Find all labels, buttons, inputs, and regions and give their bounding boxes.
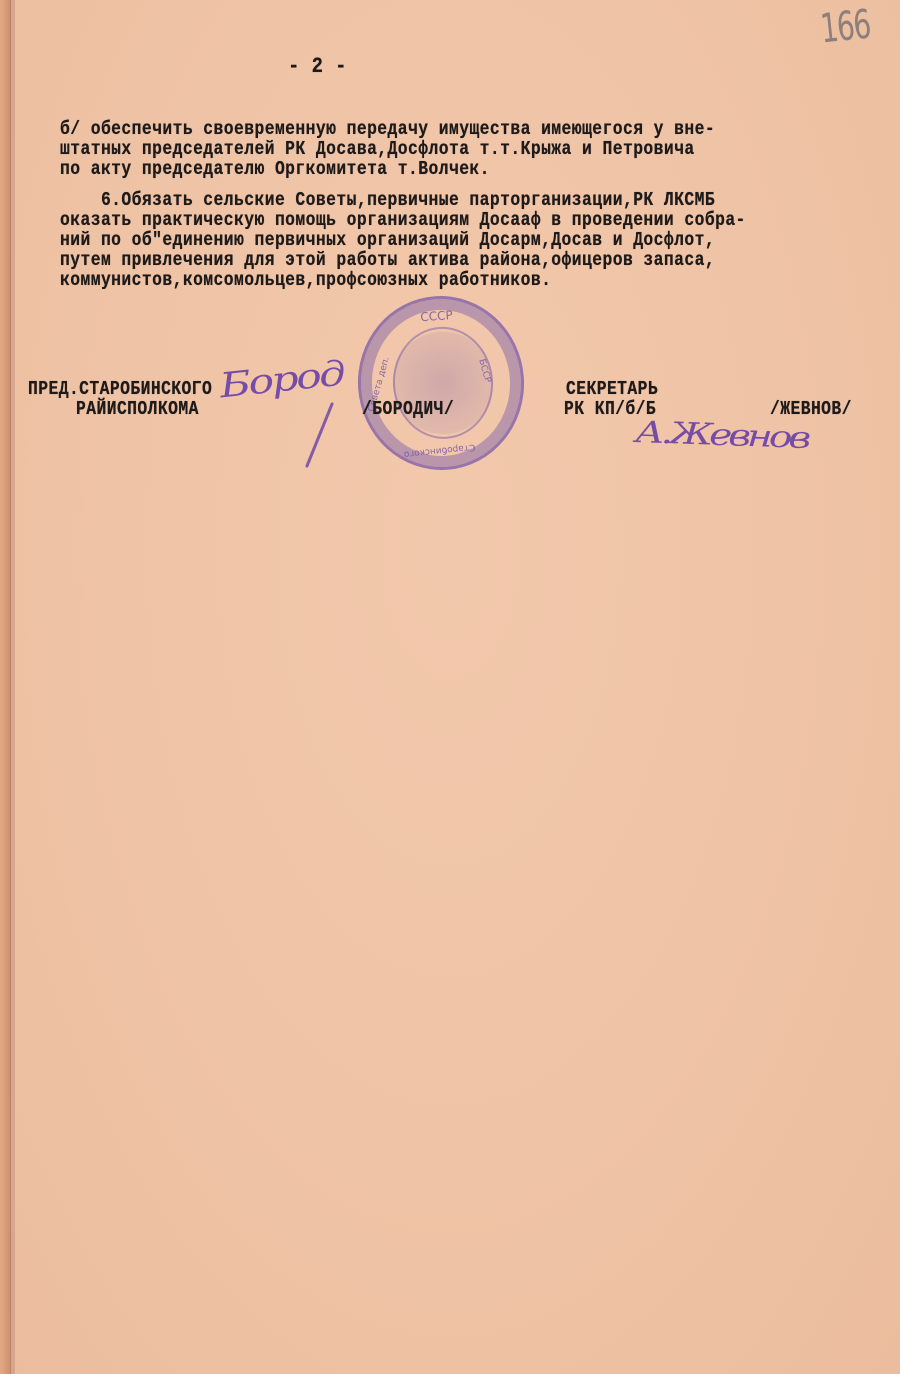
page-number: - 2 - (288, 54, 347, 79)
seal-top-text: СССР (420, 308, 453, 324)
text-line: коммунистов,комсомольцев,профсоюзных раб… (60, 269, 551, 291)
text-line: по акту председателю Оргкомитета т.Волче… (60, 158, 490, 180)
seal-emblem-icon (389, 324, 497, 443)
binding-shadow (11, 0, 15, 1374)
archive-sheet-number: 166 (818, 2, 872, 53)
binding-edge (0, 0, 11, 1374)
text-line: штатных председателей РК Досава,Досфлота… (60, 138, 695, 160)
seal-ring-text: Старобинского (403, 442, 475, 459)
handwritten-signature: Бород (218, 354, 346, 407)
handwritten-signature: А.Жевнов (635, 415, 808, 456)
signer-name: /БОРОДИЧ/ (362, 398, 454, 420)
signer-title-line1: СЕКРЕТАРЬ (566, 378, 658, 400)
text-line: б/ обеспечить своевременную передачу иму… (60, 118, 715, 140)
signature-stroke (305, 402, 334, 468)
signer-name: /ЖЕВНОВ/ (770, 398, 852, 420)
text-line: путем привлечения для этой работы актива… (60, 249, 715, 271)
text-line: ний по об"единению первичных организаций… (60, 229, 715, 251)
official-seal: СССР Совета деп. БССР Старобинского (352, 290, 530, 475)
signer-title-line2: РАЙИСПОЛКОМА (76, 398, 199, 420)
document-page: 166 - 2 - б/ обеспечить своевременную пе… (0, 0, 900, 1374)
text-line: 6.Обязать сельские Советы,первичные парт… (60, 189, 715, 211)
signer-title-line1: ПРЕД.СТАРОБИНСКОГО (28, 378, 212, 400)
text-line: оказать практическую помощь организациям… (60, 209, 746, 231)
